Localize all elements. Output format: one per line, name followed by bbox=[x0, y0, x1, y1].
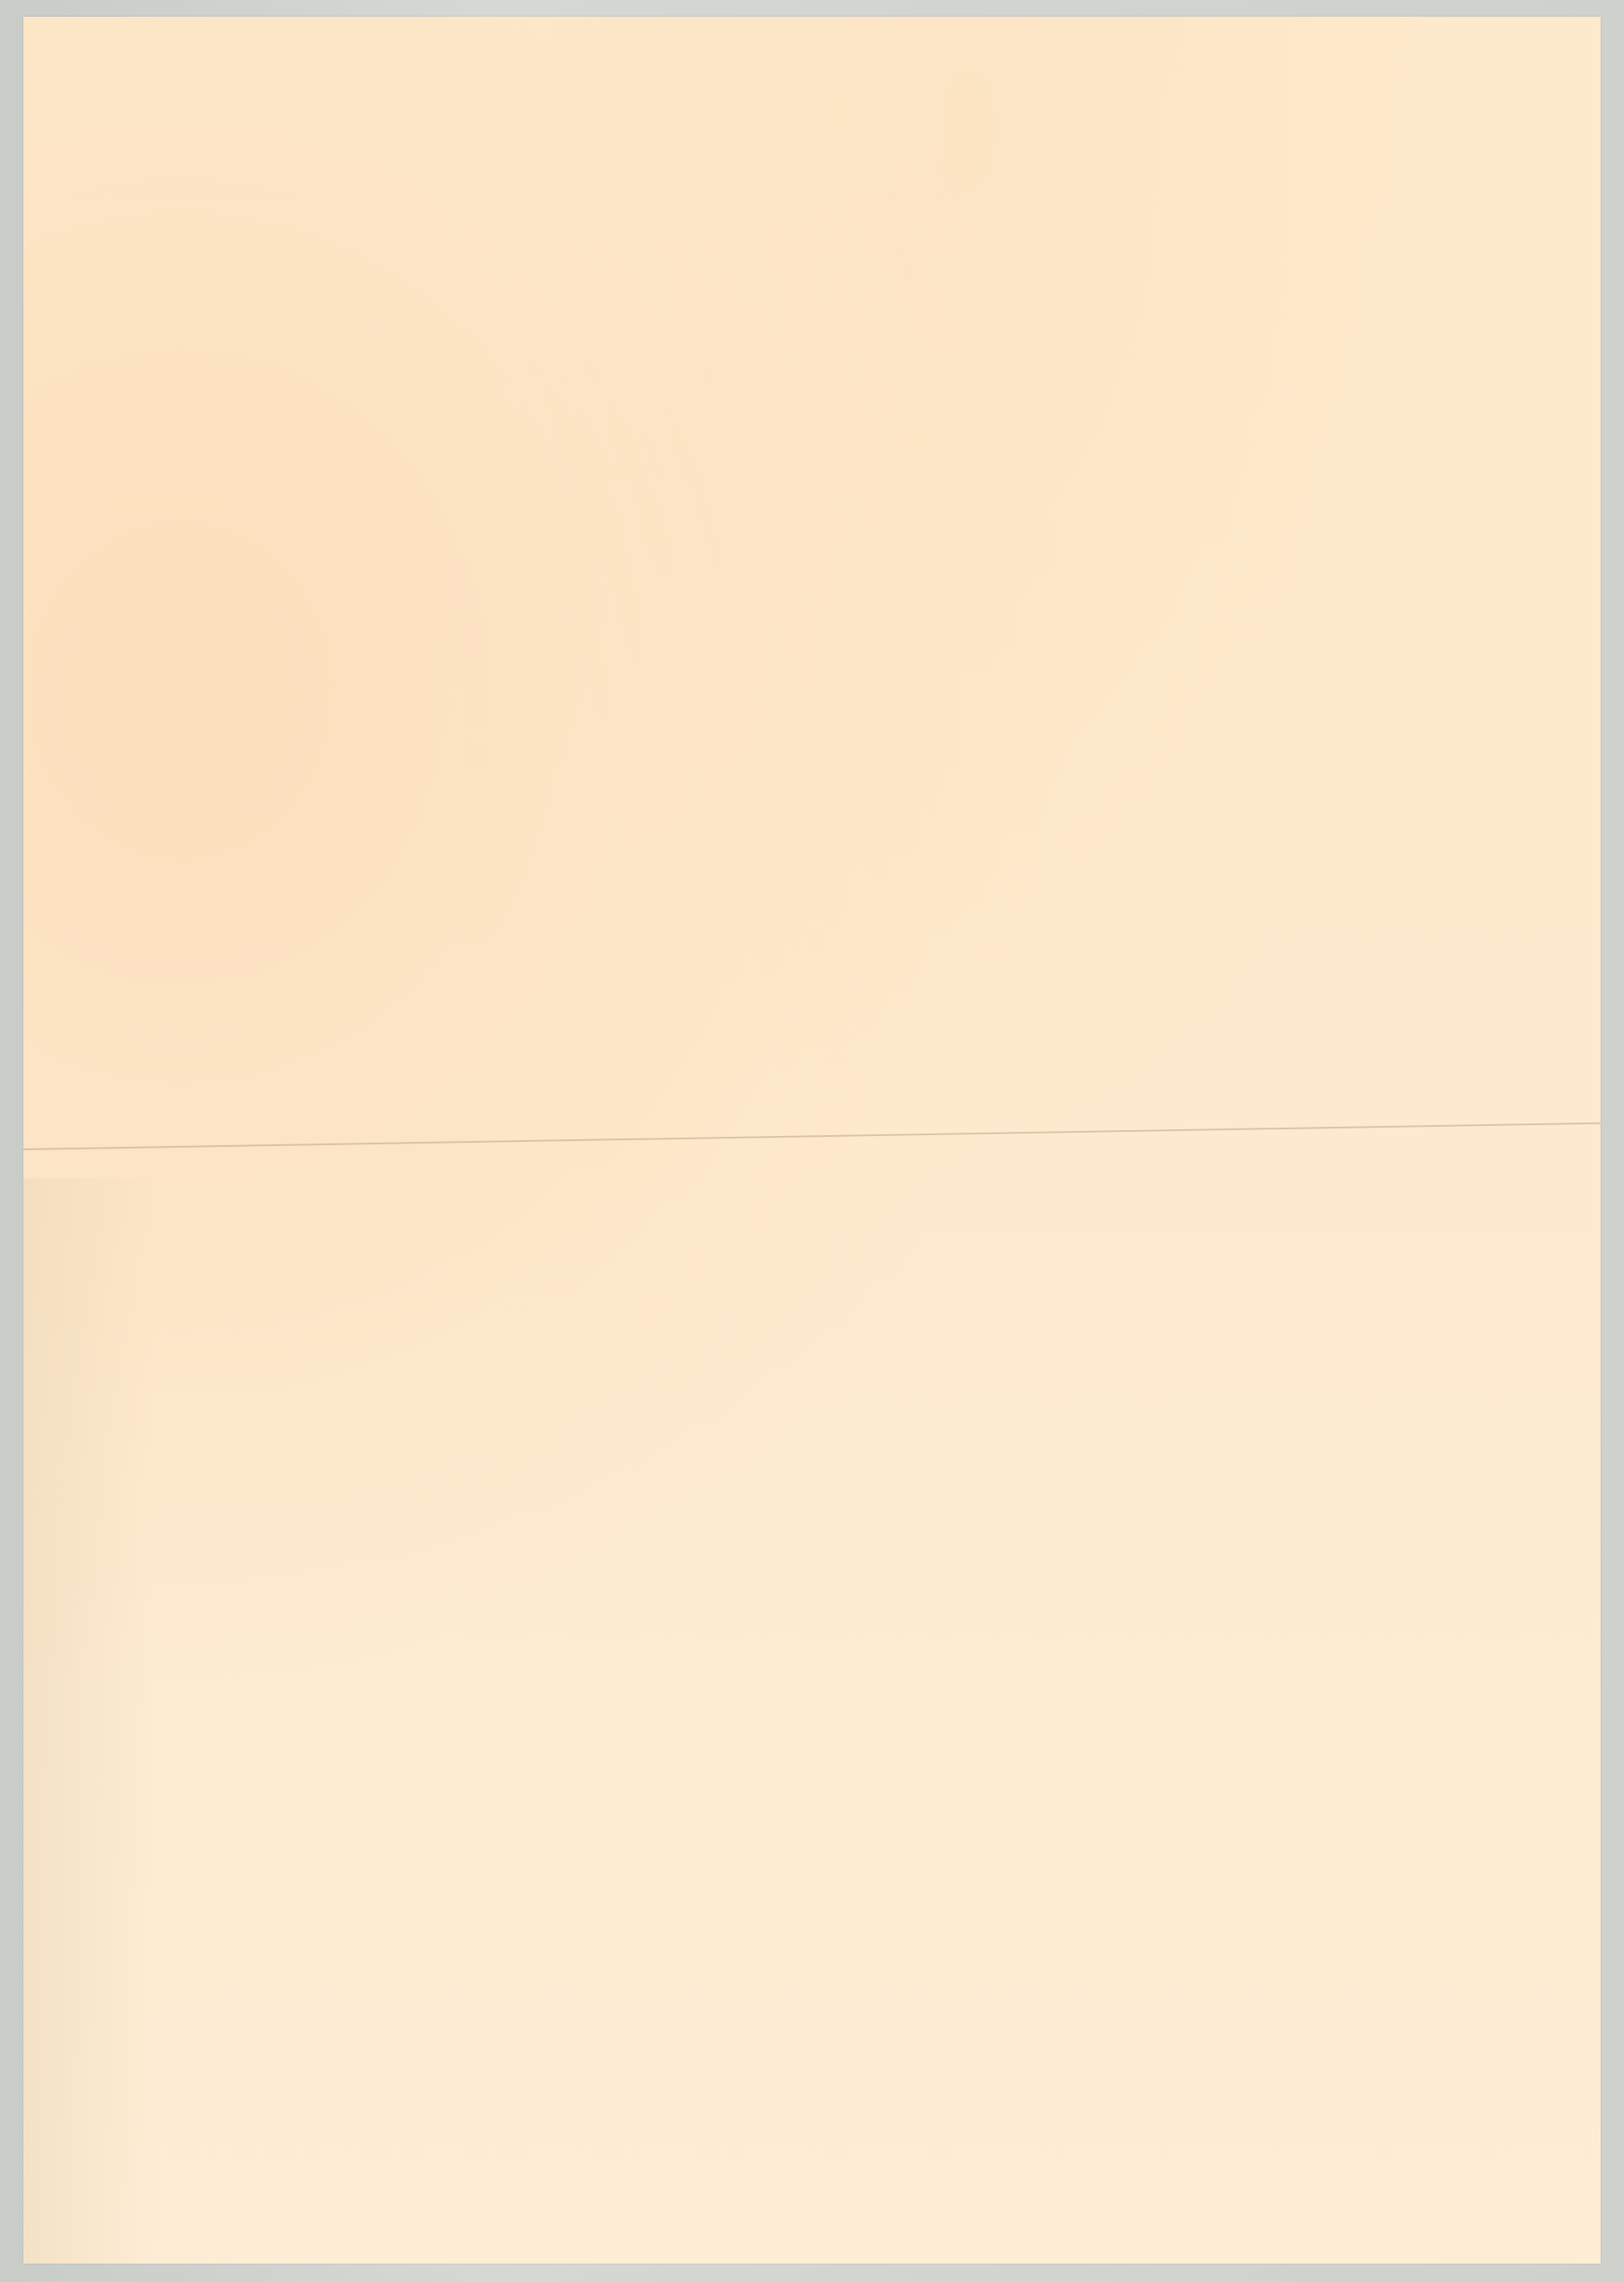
fold-crease bbox=[23, 1123, 1601, 1150]
paper-sheet bbox=[23, 17, 1601, 2264]
paper-edge-shading bbox=[23, 1179, 157, 2264]
